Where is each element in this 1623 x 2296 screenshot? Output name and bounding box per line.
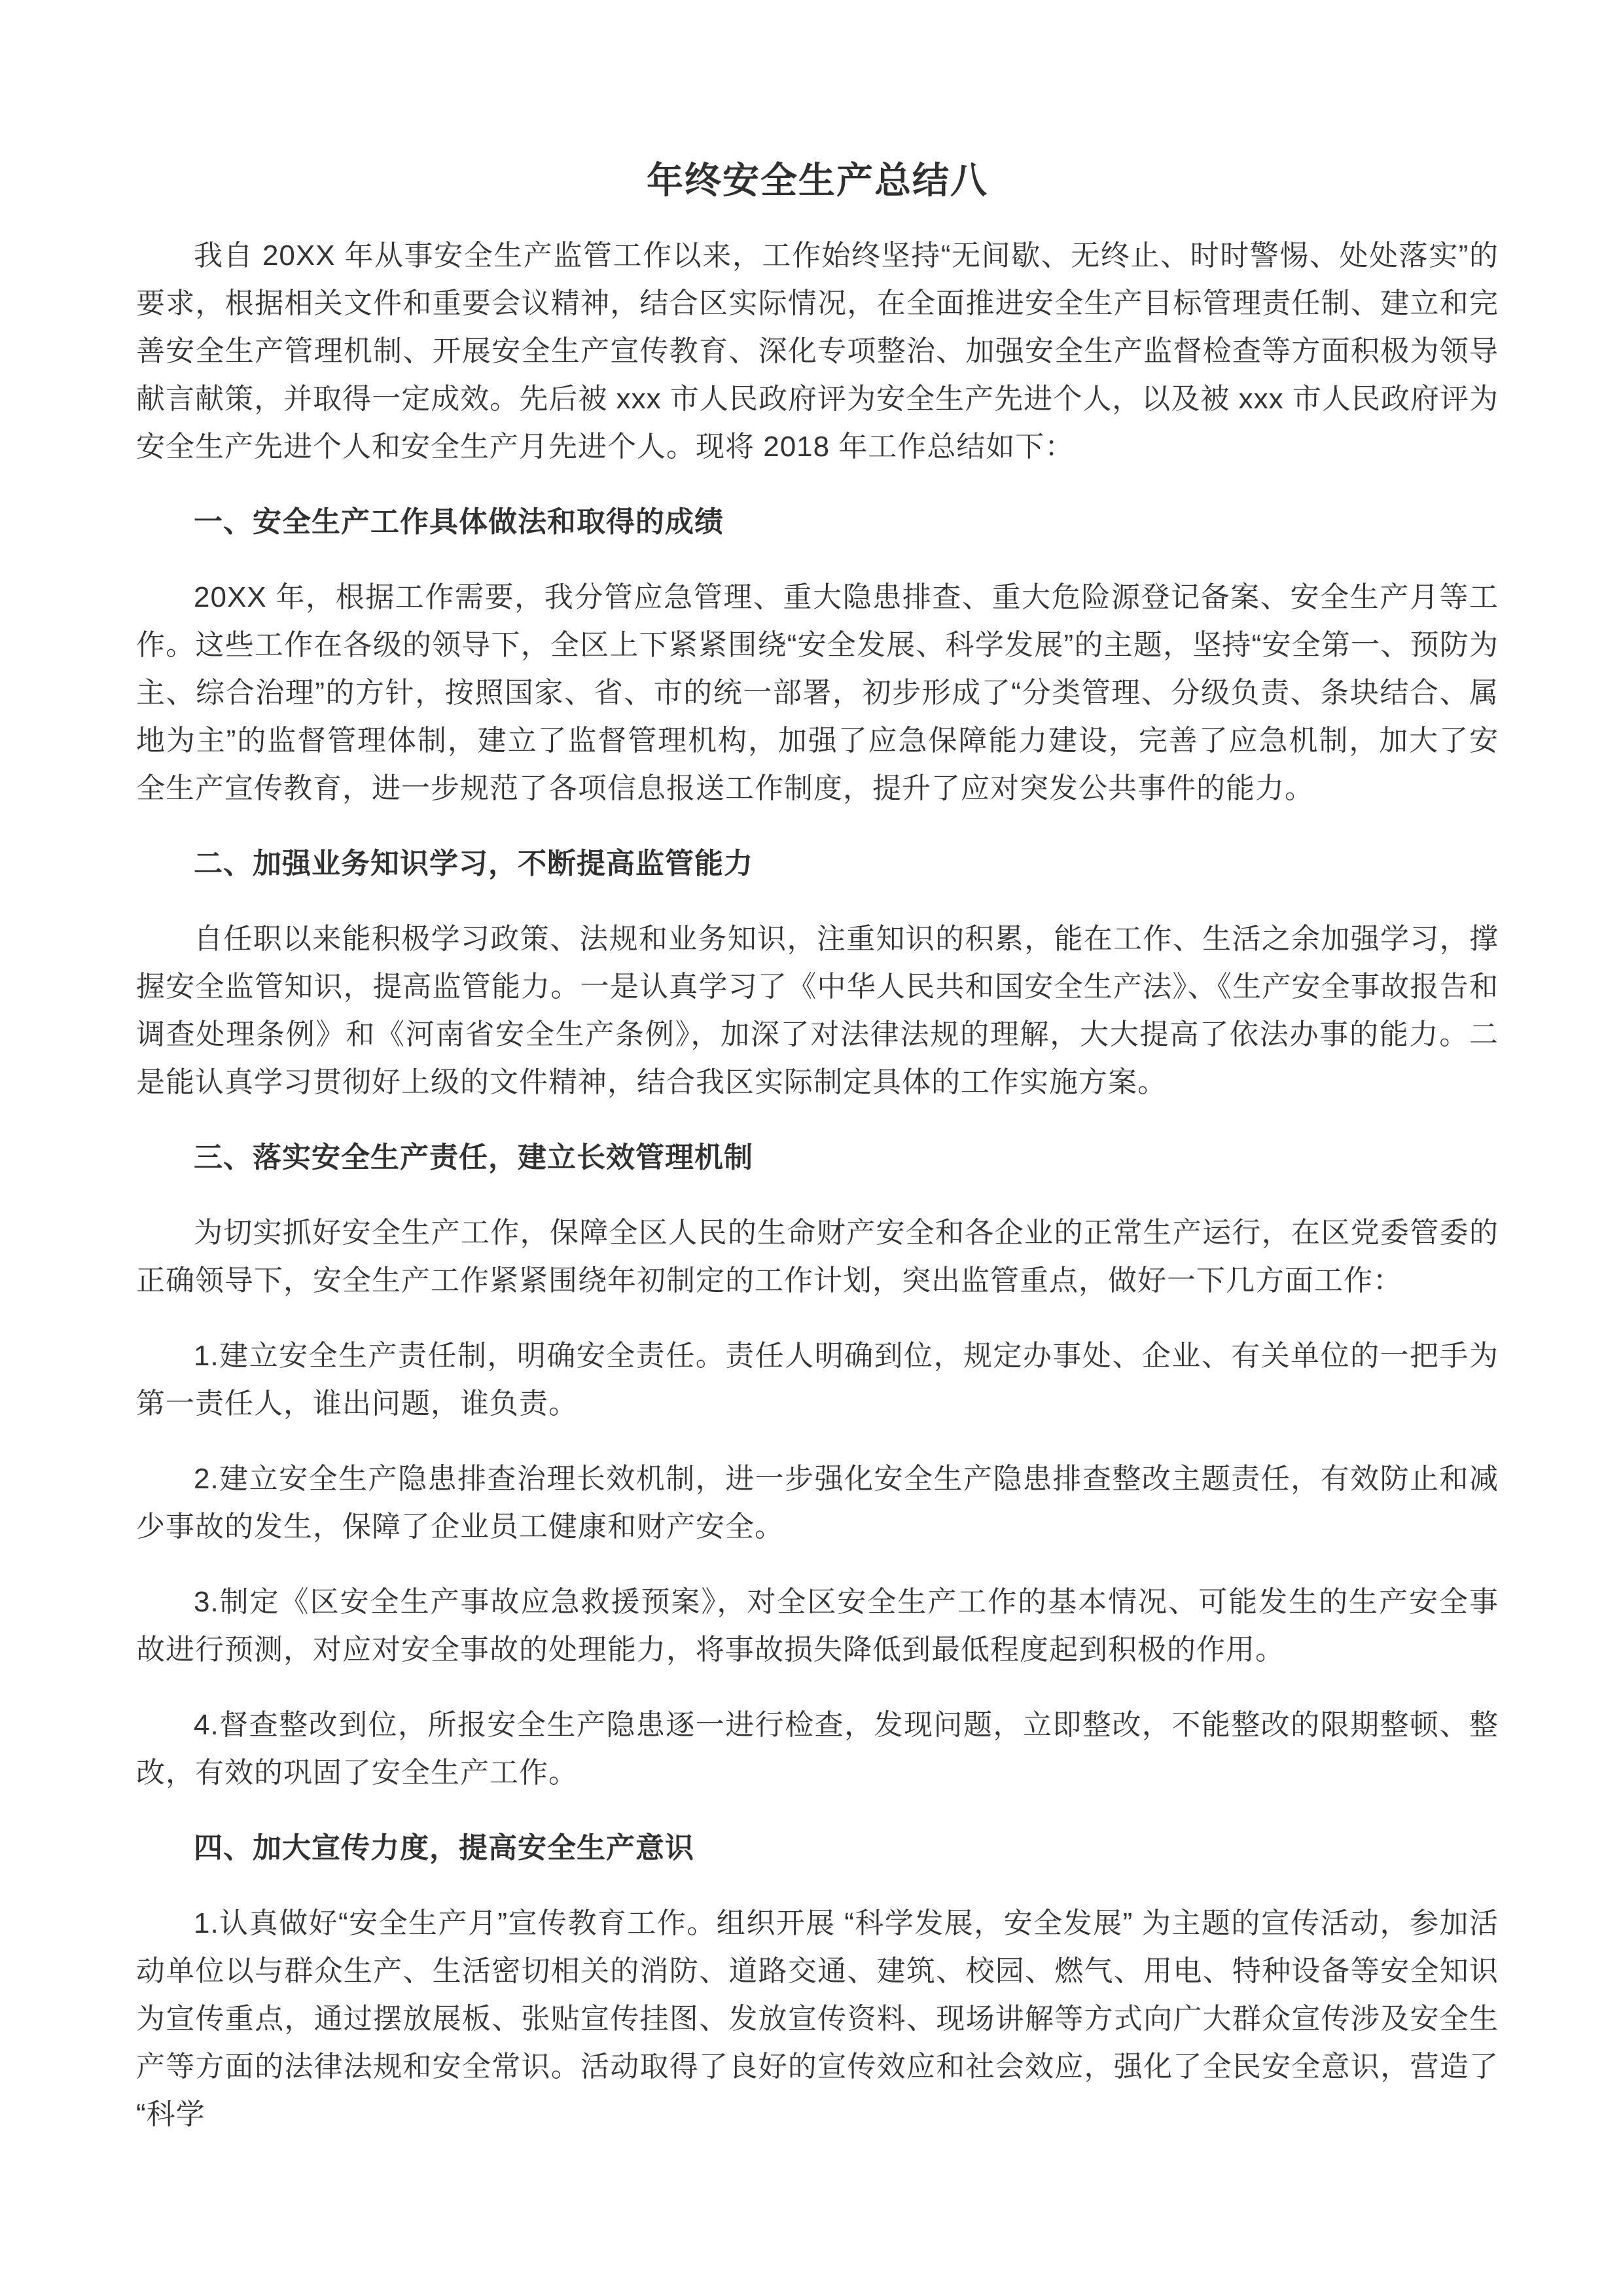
body-paragraph: 20XX 年，根据工作需要，我分管应急管理、重大隐患排查、重大危险源登记备案、安… bbox=[136, 573, 1499, 812]
section-heading: 二、加强业务知识学习，不断提高监管能力 bbox=[136, 840, 1499, 888]
body-paragraph: 我自 20XX 年从事安全生产监管工作以来，工作始终坚持“无间歇、无终止、时时警… bbox=[136, 232, 1499, 471]
document-body: 我自 20XX 年从事安全生产监管工作以来，工作始终坚持“无间歇、无终止、时时警… bbox=[136, 232, 1499, 2138]
body-paragraph: 2.建立安全生产隐患排查治理长效机制，进一步强化安全生产隐患排查整改主题责任，有… bbox=[136, 1455, 1499, 1551]
section-heading: 三、落实安全生产责任，建立长效管理机制 bbox=[136, 1134, 1499, 1181]
body-paragraph: 1.建立安全生产责任制，明确安全责任。责任人明确到位，规定办事处、企业、有关单位… bbox=[136, 1332, 1499, 1427]
page-title: 年终安全生产总结八 bbox=[136, 154, 1499, 207]
section-heading: 一、安全生产工作具体做法和取得的成绩 bbox=[136, 498, 1499, 546]
body-paragraph: 为切实抓好安全生产工作，保障全区人民的生命财产安全和各企业的正常生产运行，在区党… bbox=[136, 1209, 1499, 1304]
body-paragraph: 自任职以来能积极学习政策、法规和业务知识，注重知识的积累，能在工作、生活之余加强… bbox=[136, 915, 1499, 1106]
body-paragraph: 4.督查整改到位，所报安全生产隐患逐一进行检查，发现问题，立即整改，不能整改的限… bbox=[136, 1701, 1499, 1797]
section-heading: 四、加大宣传力度，提高安全生产意识 bbox=[136, 1824, 1499, 1872]
body-paragraph: 1.认真做好“安全生产月”宣传教育工作。组织开展 “科学发展，安全发展” 为主题… bbox=[136, 1899, 1499, 2138]
document-page: 年终安全生产总结八 我自 20XX 年从事安全生产监管工作以来，工作始终坚持“无… bbox=[0, 0, 1623, 2296]
body-paragraph: 3.制定《区安全生产事故应急救援预案》，对全区安全生产工作的基本情况、可能发生的… bbox=[136, 1578, 1499, 1674]
